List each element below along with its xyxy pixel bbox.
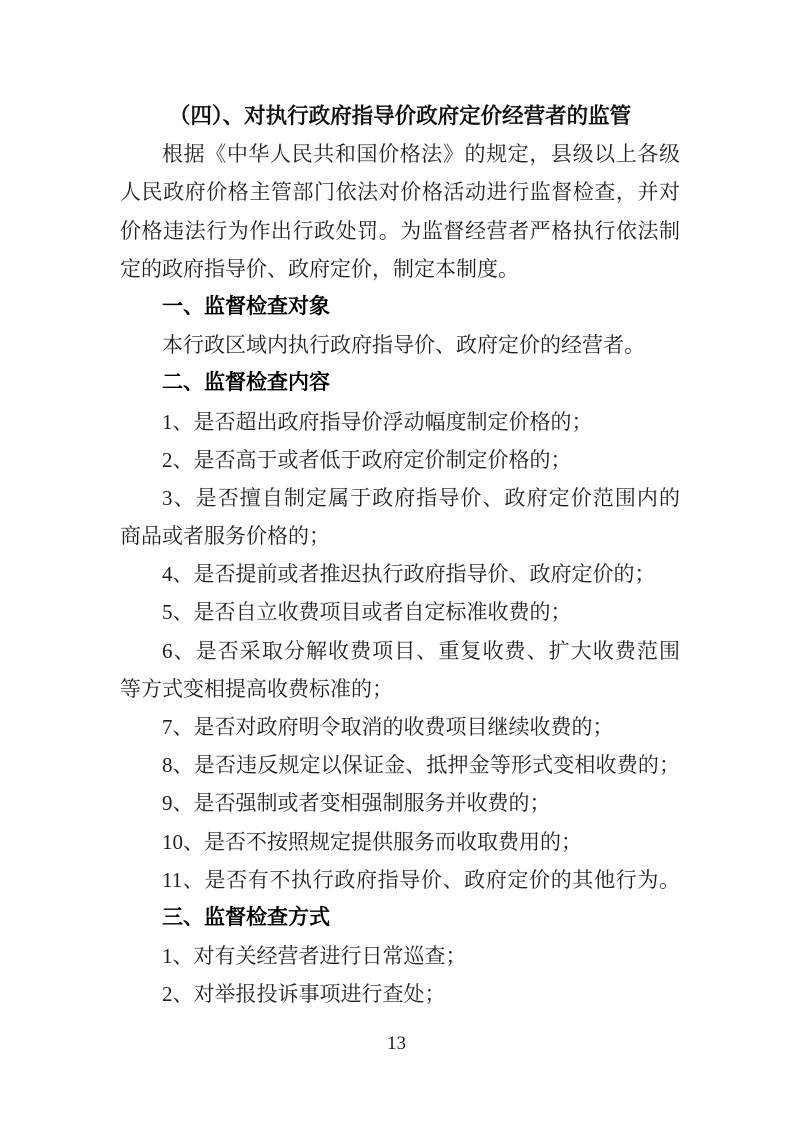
list-item-line: 2、是否高于或者低于政府定价制定价格的；	[120, 441, 680, 479]
list-item-line: 11、是否有不执行政府指导价、政府定价的其他行为。	[120, 861, 680, 899]
list-item-line: 4、是否提前或者推迟执行政府指导价、政府定价的；	[120, 555, 680, 593]
page-number: 13	[0, 1031, 793, 1057]
list-item-line: 6、是否采取分解收费项目、重复收费、扩大收费范围	[120, 632, 680, 670]
heading-section-3: 三、监督检查方式	[120, 899, 680, 937]
list-item-line: 7、是否对政府明令取消的收费项目继续收费的；	[120, 708, 680, 746]
document-title: （四）、对执行政府指导价政府定价经营者的监管	[120, 97, 680, 135]
list-item-line: 3、是否擅自制定属于政府指导价、政府定价范围内的	[120, 479, 680, 517]
intro-line: 人民政府价格主管部门依法对价格活动进行监督检查，并对	[120, 173, 680, 211]
list-item-line: 1、是否超出政府指导价浮动幅度制定价格的；	[120, 403, 680, 441]
intro-line: 价格违法行为作出行政处罚。为监督经营者严格执行依法制	[120, 212, 680, 250]
document-body: （四）、对执行政府指导价政府定价经营者的监管 根据《中华人民共和国价格法》的规定…	[120, 97, 680, 1014]
list-item-line: 8、是否违反规定以保证金、抵押金等形式变相收费的；	[120, 746, 680, 784]
list-item-line: 2、对举报投诉事项进行查处；	[120, 975, 680, 1013]
list-item-line: 5、是否自立收费项目或者自定标准收费的；	[120, 593, 680, 631]
intro-line: 定的政府指导价、政府定价，制定本制度。	[120, 250, 680, 288]
heading-section-1: 一、监督检查对象	[120, 288, 680, 326]
list-item-line: 1、对有关经营者进行日常巡查；	[120, 937, 680, 975]
section-1-line: 本行政区域内执行政府指导价、政府定价的经营者。	[120, 326, 680, 364]
intro-line: 根据《中华人民共和国价格法》的规定，县级以上各级	[120, 135, 680, 173]
list-item-line: 9、是否强制或者变相强制服务并收费的；	[120, 784, 680, 822]
list-item-continuation-line: 等方式变相提高收费标准的；	[120, 670, 680, 708]
list-item-line: 10、是否不按照规定提供服务而收取费用的；	[120, 823, 680, 861]
document-page: （四）、对执行政府指导价政府定价经营者的监管 根据《中华人民共和国价格法》的规定…	[0, 0, 793, 1122]
heading-section-2: 二、监督检查内容	[120, 364, 680, 402]
list-item-continuation-line: 商品或者服务价格的；	[120, 517, 680, 555]
